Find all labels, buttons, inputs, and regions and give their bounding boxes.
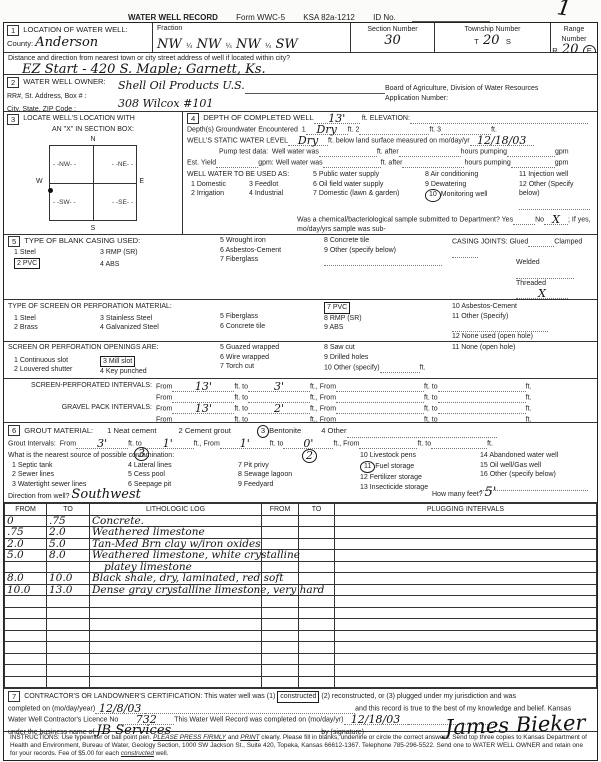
section-box-compass: N - -NW- - - -NE- - - -SW- - - -SE- - W … xyxy=(28,136,158,232)
joint-threaded: Threaded xyxy=(516,280,546,287)
direction-value: Southwest xyxy=(71,487,140,502)
use-option: 2 Irrigation xyxy=(191,189,249,199)
log-header-to: TO xyxy=(47,504,90,516)
section6-number: 6 xyxy=(8,425,20,436)
use-option: 8 Air conditioning xyxy=(425,170,519,180)
compass-south: S xyxy=(28,225,158,232)
grout-option-3-circled: 3 xyxy=(257,425,269,438)
ft-to-label: ft. to xyxy=(234,384,248,391)
section7-number: 7 xyxy=(8,691,20,702)
grout-interval1-to: 1' xyxy=(163,437,173,450)
log-to: 8.0 xyxy=(47,550,90,562)
section-intervals: SCREEN-PERFORATED INTERVALS:From13'ft. t… xyxy=(4,379,597,423)
contamination-option: 4 Lateral lines xyxy=(128,461,238,471)
hours-pumping-label: hours pumping xyxy=(464,160,510,167)
compass-north: N xyxy=(28,136,158,143)
ft-label: ft. xyxy=(526,395,532,402)
county-label: County: xyxy=(7,39,33,48)
ft-after-label: ft. after xyxy=(381,160,403,167)
log-from: 8.0 xyxy=(5,573,47,585)
casing-option: 9 Other (specify below) xyxy=(324,246,452,256)
quarter-glyph: ¼ xyxy=(265,43,271,50)
lithologic-log-table: FROM TO LITHOLOGIC LOG FROM TO PLUGGING … xyxy=(4,503,597,688)
grout-interval1-material-mark: 3 xyxy=(134,447,149,461)
business-name-value: JB Services xyxy=(96,723,171,738)
from-label: From xyxy=(156,384,172,391)
log-desc: Tan-Med Brn clay w/iron oxides xyxy=(90,538,262,550)
log-from: 5.0 xyxy=(5,550,47,562)
quarter-glyph: ¼ xyxy=(226,43,232,50)
owner-value: Shell Oil Products U.S. xyxy=(118,79,245,92)
ft-label: ft. xyxy=(487,441,493,448)
use-option: 9 Dewatering xyxy=(425,180,519,190)
grout-title: GROUT MATERIAL: xyxy=(24,426,93,435)
material-option: 12 None used (open hole) xyxy=(452,332,593,342)
contamination-option: 6 Seepage pit xyxy=(128,480,238,490)
form-number: Form WWC-5 xyxy=(236,13,285,22)
log-desc: Concrete. xyxy=(90,515,262,527)
ft-label: ft. xyxy=(491,127,497,134)
casing-option: 1 Steel xyxy=(14,248,100,258)
form-title: WATER WELL RECORD xyxy=(128,13,218,22)
fraction-value-3: NW xyxy=(236,37,261,52)
ft-from-label: ft., From xyxy=(310,395,336,402)
log-row: 8.010.0Black shale, dry, laminated, red … xyxy=(5,573,597,585)
from-label: From xyxy=(60,441,76,448)
gpm-label: gpm xyxy=(555,160,569,167)
section-screen-openings: SCREEN OR PERFORATION OPENINGS ARE: 1 Co… xyxy=(4,342,597,379)
depth-label: DEPTH OF COMPLETED WELL xyxy=(203,113,314,122)
constructed-boxed: constructed xyxy=(277,691,319,703)
contamination-option: 1 Septic tank xyxy=(12,461,128,471)
section-locate-box: 3LOCATE WELL'S LOCATION WITH AN "X" IN S… xyxy=(4,112,182,234)
opening-option: 2 Louvered shutter xyxy=(14,365,100,375)
id-blank xyxy=(412,13,490,22)
use-option: 7 Domestic (lawn & garden) xyxy=(313,189,425,199)
material-option: 11 Other (Specify) xyxy=(452,313,508,320)
grout-intervals-label: Grout Intervals: xyxy=(8,441,56,448)
material-option: 10 Asbestos-Cement xyxy=(452,302,593,312)
section1-number: 1 xyxy=(7,25,19,36)
log-desc: Weathered limestone, white crystalline xyxy=(90,550,262,562)
log-from xyxy=(5,561,47,573)
gpm2-label: gpm: xyxy=(258,160,274,167)
compass-west: W xyxy=(36,178,43,185)
ft-to-label: ft. to xyxy=(234,395,248,402)
owner-label: WATER WELL OWNER: xyxy=(23,77,105,86)
quarter-glyph: ¼ xyxy=(186,43,192,50)
locate-title-1: LOCATE WELL'S LOCATION WITH xyxy=(23,115,135,122)
ft-to-label: ft. to xyxy=(234,406,248,413)
fraction-value-4: SW xyxy=(276,37,298,52)
section1-title: LOCATION OF WATER WELL: xyxy=(23,25,128,34)
section4-number: 4 xyxy=(187,113,199,124)
casing-option: 8 Concrete tile xyxy=(324,236,452,246)
log-to: 13.0 xyxy=(47,584,90,596)
signature-label: by (signature) xyxy=(321,729,364,736)
water-well-record-form: 1LOCATION OF WATER WELL: County: Anderso… xyxy=(3,22,598,761)
opening-option: 11 None (open hole) xyxy=(452,343,593,353)
ft-from-label: ft., From xyxy=(310,384,336,391)
opening-option: 1 Continuous slot xyxy=(14,356,100,366)
log-row-empty xyxy=(5,665,597,677)
ft-to-label: ft. to xyxy=(424,406,438,413)
ft-label: ft. xyxy=(526,406,532,413)
opening-option: 10 Other (specify) xyxy=(324,365,380,372)
application-number-label: Application Number: xyxy=(385,94,593,104)
grout-interval2-from: 1' xyxy=(240,437,250,450)
contamination-option: 5 Cess pool xyxy=(128,470,238,480)
spi-label: SCREEN-PERFORATED INTERVALS: xyxy=(8,381,156,392)
log-header-from: FROM xyxy=(5,504,47,516)
well-location-dot xyxy=(48,188,53,193)
contamination-option-11-circled: 11 xyxy=(360,461,375,474)
address-label: RR#, St. Address, Box # : xyxy=(7,92,115,102)
sample-no-x: X xyxy=(552,213,560,226)
log-row-empty xyxy=(5,653,597,665)
est-yield-label: Est. Yield xyxy=(187,160,216,167)
log-from: 0 xyxy=(5,515,47,527)
use-option: 3 Feedlot xyxy=(249,180,283,190)
ft-from-label: ft., From xyxy=(310,406,336,413)
compass-east: E xyxy=(139,178,144,185)
log-row-empty xyxy=(5,642,597,654)
casing-option: 6 Asbestos-Cement xyxy=(220,246,324,256)
section5-number: 5 xyxy=(8,236,20,247)
section-certification: 7CONTRACTOR'S OR LANDOWNER'S CERTIFICATI… xyxy=(4,688,597,732)
ft-label: ft. xyxy=(420,365,426,372)
opening-option-3-boxed: 3 Mill slot xyxy=(100,356,135,368)
material-option: 4 Galvanized Steel xyxy=(100,323,159,333)
log-row: 5.08.0Weathered limestone, white crystal… xyxy=(5,550,597,562)
log-header-log: LITHOLOGIC LOG xyxy=(90,504,262,516)
instructions-constructed: constructed xyxy=(121,750,154,757)
quadrant-se: - -SE- - xyxy=(112,199,133,206)
opening-option: 7 Torch cut xyxy=(220,362,324,372)
log-to: 10.0 xyxy=(47,573,90,585)
ft-to-label: ft. to xyxy=(417,441,431,448)
log-row-empty xyxy=(5,619,597,631)
section-grout: 6GROUT MATERIAL:1 Neat cement2 Cement gr… xyxy=(4,423,597,503)
pump-test-label: Pump test data: xyxy=(219,149,268,156)
log-row: .752.0Weathered limestone xyxy=(5,527,597,539)
contamination-option: 16 Other (specify below) xyxy=(480,470,593,480)
log-from: .75 xyxy=(5,527,47,539)
log-row-empty xyxy=(5,676,597,688)
grout-option: 4 Other xyxy=(321,426,346,435)
contamination-option: 7 Pit privy xyxy=(238,461,292,471)
record-date-value: 12/18/03 xyxy=(351,713,400,726)
material-option: 8 RMP (SR) xyxy=(324,314,452,324)
grout-option: 2 Cement grout xyxy=(179,426,231,435)
opening-option: 6 Wire wrapped xyxy=(220,353,324,363)
log-row-empty xyxy=(5,596,597,608)
fraction-value-2: NW xyxy=(197,37,222,52)
log-to: .75 xyxy=(47,515,90,527)
log-to xyxy=(47,561,90,573)
section-number-value: 30 xyxy=(351,35,434,46)
use-option: 12 Other (Specify below) xyxy=(519,180,593,199)
contamination-option: 14 Abandoned water well xyxy=(480,451,593,461)
casing-option: 4 ABS xyxy=(100,260,138,270)
ft-to-label: ft. to xyxy=(270,441,284,448)
openings-title: SCREEN OR PERFORATION OPENINGS ARE: xyxy=(8,343,220,353)
plug-header-intervals: PLUGGING INTERVALS xyxy=(335,504,597,516)
log-row: 0.75Concrete. xyxy=(5,515,597,527)
log-from: 2.0 xyxy=(5,538,47,550)
well-water-was-label: Well water was xyxy=(272,149,319,156)
locate-title-2: AN "X" IN SECTION BOX: xyxy=(7,125,179,135)
casing-title: TYPE OF BLANK CASING USED: xyxy=(24,236,140,245)
contamination-option: 12 Fertilizer storage xyxy=(360,473,480,483)
completed-on-label: completed on (mo/day/year) xyxy=(8,705,95,712)
form-header: WATER WELL RECORD Form WWC-5 KSA 82a-121… xyxy=(128,13,506,22)
casing-option: 5 Wrought iron xyxy=(220,236,324,246)
township-t: T xyxy=(474,37,479,46)
agency-line: Board of Agriculture, Division of Water … xyxy=(385,84,593,94)
contamination-option: 10 Livestock pens xyxy=(360,451,480,461)
casing-joints-label: CASING JOINTS: xyxy=(452,239,508,246)
contamination-option: 15 Oil well/Gas well xyxy=(480,461,593,471)
material-option: 6 Concrete tile xyxy=(220,322,324,332)
grout-option: Bentonite xyxy=(269,426,301,435)
from-label: From xyxy=(156,406,172,413)
log-desc: Black shale, dry, laminated, red soft xyxy=(90,573,262,585)
log-desc: platey limestone xyxy=(90,561,262,573)
direction-label: Direction from well? xyxy=(8,493,69,500)
log-row-empty xyxy=(5,630,597,642)
material-option: 9 ABS xyxy=(324,323,452,333)
township-value: 20 xyxy=(483,33,500,48)
material-option: 3 Stainless Steel xyxy=(100,314,159,324)
opening-option: 9 Drilled holes xyxy=(324,353,452,363)
use-option: 11 Injection well xyxy=(519,170,593,180)
section2-number: 2 xyxy=(7,77,19,88)
joint-clamped: Clamped xyxy=(554,239,582,246)
section-casing: 5TYPE OF BLANK CASING USED: 1 Steel2 PVC… xyxy=(4,235,597,300)
log-desc: Weathered limestone xyxy=(90,527,262,539)
gpm-label: gpm xyxy=(555,149,569,156)
section3-number: 3 xyxy=(7,114,19,125)
id-label: ID No. xyxy=(373,13,396,22)
well-water-was-label: Well water was xyxy=(276,160,323,167)
material-option: 2 Brass xyxy=(14,323,100,333)
handwritten-page-number: 1 xyxy=(555,0,572,22)
casing-option: 3 RMP (SR) xyxy=(100,248,138,258)
business-name-label: under the business name of xyxy=(8,729,94,736)
record-completed-label: This Water Well Record was completed on … xyxy=(174,716,343,723)
threaded-x: X xyxy=(538,287,546,300)
address-value: 308 Wilcox #101 xyxy=(118,97,213,110)
log-to: 2.0 xyxy=(47,527,90,539)
ft-label: ft. xyxy=(526,384,532,391)
material-option: 1 Steel xyxy=(14,314,100,324)
section-locate-depth: 3LOCATE WELL'S LOCATION WITH AN "X" IN S… xyxy=(4,112,597,235)
log-to: 5.0 xyxy=(47,538,90,550)
static-level-label: WELL'S STATIC WATER LEVEL xyxy=(187,138,288,145)
quadrant-sw: - -SW- - xyxy=(53,199,76,206)
gpi-label: GRAVEL PACK INTERVALS: xyxy=(8,403,156,414)
ft-3-label: ft. 3 xyxy=(429,127,441,134)
use-option-10-circled: 10 xyxy=(425,189,441,202)
opening-option: 8 Saw cut xyxy=(324,343,452,353)
log-row: platey limestone xyxy=(5,561,597,573)
use-option: 5 Public water supply xyxy=(313,170,425,180)
instructions-text: well. xyxy=(156,750,169,757)
elevation-label: ft. ELEVATION: xyxy=(362,115,410,122)
fraction-label: Fraction xyxy=(157,24,346,34)
ft-after-label: ft. after xyxy=(377,149,399,156)
material-title: TYPE OF SCREEN OR PERFORATION MATERIAL: xyxy=(8,302,220,312)
section-owner: 2WATER WELL OWNER: RR#, St. Address, Box… xyxy=(4,75,597,112)
sample-no-label: No xyxy=(535,216,544,223)
opening-option: 4 Key punched xyxy=(100,367,147,377)
use-option: 1 Domestic xyxy=(191,180,249,190)
use-option: 6 Oil field water supply xyxy=(313,180,425,190)
log-row: 10.013.0Dense gray crystalline limestone… xyxy=(5,584,597,596)
distance-value: EZ Start - 420 S. Maple; Garnett, Ks. xyxy=(22,64,593,75)
certification-text-3: and this record is true to the best of m… xyxy=(355,705,571,712)
joint-welded: Welded xyxy=(516,259,540,266)
opening-option: 5 Guazed wrapped xyxy=(220,343,324,353)
section-location: 1LOCATION OF WATER WELL: County: Anderso… xyxy=(4,23,597,53)
log-row: 2.05.0Tan-Med Brn clay w/iron oxides xyxy=(5,538,597,550)
use-option: Monitoring well xyxy=(441,191,488,198)
log-row-empty xyxy=(5,607,597,619)
casing-option: 7 Fiberglass xyxy=(220,255,324,265)
township-s: S xyxy=(506,37,511,46)
used-as-block: WELL WATER TO BE USED AS: 1 Domestic2 Ir… xyxy=(187,170,593,210)
county-value: Anderson xyxy=(35,35,98,50)
section-depth-box: 4DEPTH OF COMPLETED WELL13' ft. ELEVATIO… xyxy=(182,112,597,234)
contamination-option: 9 Feedyard xyxy=(238,480,292,490)
fraction-value-1: NW xyxy=(157,37,182,52)
ft-2-label: ft. 2 xyxy=(348,127,360,134)
plug-header-from: FROM xyxy=(262,504,299,516)
grout-interval2-material-mark: 2 xyxy=(302,449,317,463)
casing-option-2-boxed: 2 PVC xyxy=(14,258,40,270)
material-option: 5 Fiberglass xyxy=(220,312,324,322)
joint-glued: Glued xyxy=(510,239,529,246)
certification-text-2: (2) reconstructed, or (3) plugged under … xyxy=(321,693,516,700)
ft-from-label: ft., From xyxy=(194,441,220,448)
contamination-option: Fuel storage xyxy=(375,463,414,470)
ft-to-label: ft. to xyxy=(424,384,438,391)
quadrant-ne: - -NE- - xyxy=(112,161,133,168)
plug-header-to: TO xyxy=(299,504,335,516)
use-option: 4 Industrial xyxy=(249,189,283,199)
from-label: From xyxy=(156,395,172,402)
feet-label: How many feet? xyxy=(432,491,483,498)
groundwater-label: Depth(s) Groundwater Encountered xyxy=(187,127,298,134)
hours-pumping-label: hours pumping xyxy=(461,149,507,156)
contamination-option: 8 Sewage lagoon xyxy=(238,470,292,480)
sample-question: Was a chemical/bacteriological sample su… xyxy=(297,216,513,223)
log-desc: Dense gray crystalline limestone, very h… xyxy=(90,584,262,596)
signature: James Bieker xyxy=(444,718,585,732)
used-as-label: WELL WATER TO BE USED AS: xyxy=(187,170,313,180)
distance-row: Distance and direction from nearest town… xyxy=(4,53,597,75)
ft-to-label: ft. to xyxy=(424,395,438,402)
section-screen-material: TYPE OF SCREEN OR PERFORATION MATERIAL: … xyxy=(4,300,597,342)
certification-text-1: CONTRACTOR'S OR LANDOWNER'S CERTIFICATIO… xyxy=(24,693,275,700)
ft-from-label: ft., From xyxy=(333,441,359,448)
grout-option: 1 Neat cement xyxy=(107,426,156,435)
feet-value: 5' xyxy=(485,485,497,500)
form-ksa: KSA 82a-1212 xyxy=(303,13,355,22)
static-rest-label: ft. below land surface measured on mo/da… xyxy=(328,138,470,145)
log-from: 10.0 xyxy=(5,584,47,596)
material-option-7-boxed: 7 PVC xyxy=(324,302,350,314)
quadrant-nw: - -NW- - xyxy=(53,161,76,168)
grout-interval1-from: 3' xyxy=(97,437,107,450)
contamination-option: 2 Sewer lines xyxy=(12,470,128,480)
compass-box: - -NW- - - -NE- - - -SW- - - -SE- - xyxy=(49,145,137,221)
